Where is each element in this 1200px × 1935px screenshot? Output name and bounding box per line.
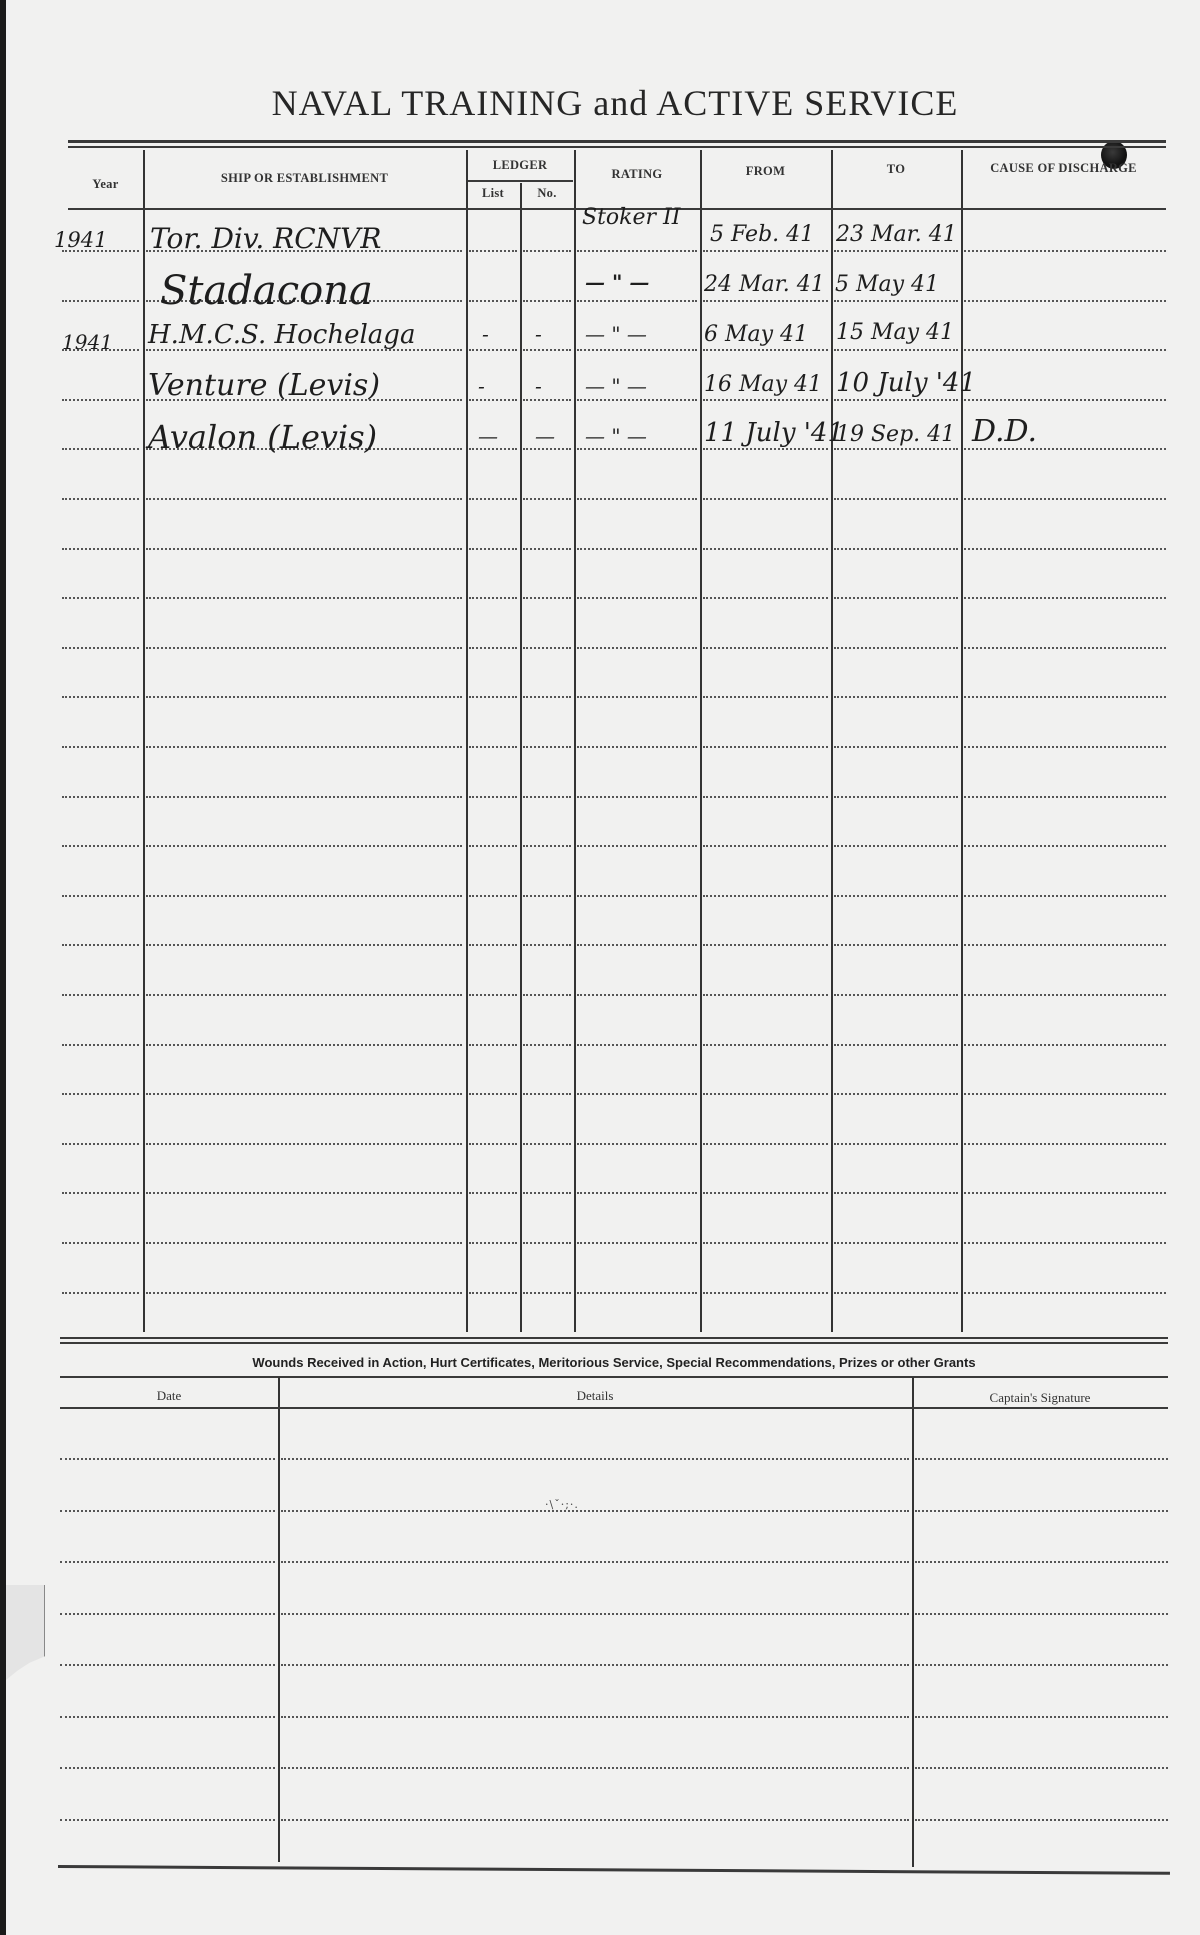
dotted-rule bbox=[915, 1767, 1168, 1769]
ledger-sub-rule bbox=[468, 180, 573, 182]
dotted-rule bbox=[62, 300, 139, 302]
dotted-rule bbox=[523, 448, 571, 450]
page-title: NAVAL TRAINING and ACTIVE SERVICE bbox=[0, 82, 1200, 124]
dotted-rule bbox=[281, 1664, 909, 1666]
dotted-rule bbox=[703, 994, 828, 996]
dotted-rule bbox=[577, 1192, 697, 1194]
cell-from: 6 May 41 bbox=[704, 322, 808, 347]
dotted-rule bbox=[146, 1242, 462, 1244]
dotted-rule bbox=[523, 944, 571, 946]
dotted-rule bbox=[703, 895, 828, 897]
cell-to: 10 July '41 bbox=[836, 368, 976, 398]
dotted-rule bbox=[523, 1242, 571, 1244]
dotted-rule bbox=[469, 1143, 517, 1145]
dotted-rule bbox=[834, 1143, 958, 1145]
cell-year: 1941 bbox=[54, 228, 107, 252]
dotted-rule bbox=[834, 895, 958, 897]
dotted-rule bbox=[915, 1510, 1168, 1512]
dotted-rule bbox=[469, 399, 517, 401]
header-from: FROM bbox=[700, 164, 831, 179]
dotted-rule bbox=[577, 1143, 697, 1145]
dotted-rule bbox=[523, 548, 571, 550]
dotted-rule bbox=[577, 498, 697, 500]
header-details: Details bbox=[278, 1388, 912, 1404]
cell-to: 23 Mar. 41 bbox=[836, 222, 957, 247]
dotted-rule bbox=[523, 746, 571, 748]
dotted-rule bbox=[62, 597, 139, 599]
dotted-rule bbox=[915, 1819, 1168, 1821]
cell-list: - bbox=[478, 374, 485, 398]
awards-header-rule bbox=[60, 1407, 1168, 1409]
dotted-rule bbox=[964, 845, 1166, 847]
dotted-rule bbox=[703, 1093, 828, 1095]
cell-to: 5 May 41 bbox=[835, 272, 939, 297]
dotted-rule bbox=[703, 1192, 828, 1194]
col-divider-ship bbox=[466, 150, 468, 1332]
table-bottom-rule-b bbox=[60, 1342, 1168, 1344]
dotted-rule bbox=[834, 845, 958, 847]
cell-ship: Tor. Div. RCNVR bbox=[150, 222, 381, 255]
dotted-rule bbox=[834, 1044, 958, 1046]
header-to: TO bbox=[831, 162, 961, 177]
dotted-rule bbox=[834, 1093, 958, 1095]
dotted-rule bbox=[146, 895, 462, 897]
cell-to: 19 Sep. 41 bbox=[836, 422, 955, 447]
dotted-rule bbox=[577, 1093, 697, 1095]
cell-ship: Avalon (Levis) bbox=[148, 418, 377, 456]
cell-ship: Venture (Levis) bbox=[148, 368, 380, 403]
dotted-rule bbox=[964, 746, 1166, 748]
dotted-rule bbox=[62, 895, 139, 897]
dotted-rule bbox=[146, 1292, 462, 1294]
dotted-rule bbox=[834, 399, 958, 401]
dotted-rule bbox=[62, 944, 139, 946]
dotted-rule bbox=[62, 1143, 139, 1145]
dotted-rule bbox=[964, 895, 1166, 897]
dotted-rule bbox=[577, 399, 697, 401]
dotted-rule bbox=[577, 597, 697, 599]
dotted-rule bbox=[523, 399, 571, 401]
header-year: Year bbox=[68, 177, 143, 192]
dotted-rule bbox=[834, 746, 958, 748]
cell-no: - bbox=[535, 374, 542, 398]
awards-col-divider-details bbox=[912, 1377, 914, 1867]
cell-rating: Stoker II bbox=[582, 205, 680, 230]
dotted-rule bbox=[523, 597, 571, 599]
dotted-rule bbox=[469, 1242, 517, 1244]
page-bottom-rule bbox=[58, 1865, 1170, 1874]
dotted-rule bbox=[834, 994, 958, 996]
dotted-rule bbox=[146, 1192, 462, 1194]
dotted-rule bbox=[523, 1292, 571, 1294]
dotted-rule bbox=[915, 1664, 1168, 1666]
dotted-rule bbox=[469, 300, 517, 302]
page-left-edge bbox=[0, 0, 6, 1935]
dotted-rule bbox=[281, 1561, 909, 1563]
cell-no: - bbox=[535, 322, 542, 346]
dotted-rule bbox=[577, 895, 697, 897]
dotted-rule bbox=[523, 895, 571, 897]
header-date: Date bbox=[60, 1388, 278, 1404]
dotted-rule bbox=[834, 597, 958, 599]
dotted-rule bbox=[834, 300, 958, 302]
cell-to: 15 May 41 bbox=[836, 320, 954, 345]
dotted-rule bbox=[964, 647, 1166, 649]
dotted-rule bbox=[523, 498, 571, 500]
dotted-rule bbox=[523, 796, 571, 798]
header-ledger-list: List bbox=[466, 186, 520, 201]
cell-rating: — " — bbox=[585, 270, 649, 294]
dotted-rule bbox=[834, 349, 958, 351]
cell-rating: — " — bbox=[585, 374, 647, 398]
col-divider-list bbox=[520, 183, 522, 1332]
dotted-rule bbox=[281, 1613, 909, 1615]
dotted-rule bbox=[469, 845, 517, 847]
awards-section-title: Wounds Received in Action, Hurt Certific… bbox=[60, 1355, 1168, 1370]
dotted-rule bbox=[964, 399, 1166, 401]
dotted-rule bbox=[964, 1044, 1166, 1046]
dotted-rule bbox=[62, 1242, 139, 1244]
dotted-rule bbox=[834, 796, 958, 798]
col-divider-from bbox=[831, 150, 833, 1332]
dotted-rule bbox=[834, 250, 958, 252]
dotted-rule bbox=[146, 597, 462, 599]
dotted-rule bbox=[146, 746, 462, 748]
dotted-rule bbox=[964, 1093, 1166, 1095]
dotted-rule bbox=[469, 1192, 517, 1194]
cell-ship: Stadacona bbox=[160, 268, 373, 314]
dotted-rule bbox=[703, 399, 828, 401]
dotted-rule bbox=[469, 597, 517, 599]
dotted-rule bbox=[703, 1044, 828, 1046]
dotted-rule bbox=[964, 1292, 1166, 1294]
cell-from: 24 Mar. 41 bbox=[704, 272, 825, 297]
dotted-rule bbox=[834, 1192, 958, 1194]
header-rating: RATING bbox=[574, 167, 700, 182]
dotted-rule bbox=[281, 1716, 909, 1718]
dotted-rule bbox=[523, 696, 571, 698]
dotted-rule bbox=[62, 845, 139, 847]
dotted-rule bbox=[62, 696, 139, 698]
dotted-rule bbox=[703, 647, 828, 649]
dotted-rule bbox=[281, 1510, 909, 1512]
dotted-rule bbox=[469, 746, 517, 748]
dotted-rule bbox=[964, 944, 1166, 946]
dotted-rule bbox=[469, 647, 517, 649]
dotted-rule bbox=[834, 498, 958, 500]
dotted-rule bbox=[577, 647, 697, 649]
dotted-rule bbox=[469, 1044, 517, 1046]
dotted-rule bbox=[469, 944, 517, 946]
dotted-rule bbox=[964, 597, 1166, 599]
dotted-rule bbox=[62, 796, 139, 798]
dotted-rule bbox=[62, 548, 139, 550]
dotted-rule bbox=[577, 1044, 697, 1046]
dotted-rule bbox=[60, 1458, 275, 1460]
dotted-rule bbox=[281, 1458, 909, 1460]
dotted-rule bbox=[469, 895, 517, 897]
cell-rating: — " — bbox=[585, 322, 647, 346]
dotted-rule bbox=[146, 1093, 462, 1095]
cell-list: — bbox=[478, 424, 498, 448]
dotted-rule bbox=[469, 1292, 517, 1294]
dotted-rule bbox=[469, 498, 517, 500]
dotted-rule bbox=[523, 349, 571, 351]
dotted-rule bbox=[523, 300, 571, 302]
dotted-rule bbox=[469, 696, 517, 698]
dotted-rule bbox=[62, 994, 139, 996]
dotted-rule bbox=[523, 1093, 571, 1095]
dotted-rule bbox=[703, 845, 828, 847]
dotted-rule bbox=[834, 1242, 958, 1244]
dotted-rule bbox=[60, 1510, 275, 1512]
dotted-rule bbox=[703, 250, 828, 252]
header-cause: CAUSE OF DISCHARGE bbox=[961, 161, 1166, 176]
dotted-rule bbox=[964, 994, 1166, 996]
dotted-rule bbox=[62, 1044, 139, 1046]
dotted-rule bbox=[577, 349, 697, 351]
dotted-rule bbox=[703, 796, 828, 798]
dotted-rule bbox=[577, 548, 697, 550]
dotted-rule bbox=[60, 1664, 275, 1666]
dotted-rule bbox=[964, 1192, 1166, 1194]
ink-smudge: ·\ˇ·;·. bbox=[545, 1498, 579, 1511]
dotted-rule bbox=[703, 349, 828, 351]
dotted-rule bbox=[915, 1716, 1168, 1718]
dotted-rule bbox=[62, 1093, 139, 1095]
dotted-rule bbox=[834, 696, 958, 698]
dotted-rule bbox=[915, 1561, 1168, 1563]
dotted-rule bbox=[62, 746, 139, 748]
dotted-rule bbox=[146, 944, 462, 946]
dotted-rule bbox=[577, 845, 697, 847]
dotted-rule bbox=[469, 796, 517, 798]
dotted-rule bbox=[146, 548, 462, 550]
dotted-rule bbox=[964, 548, 1166, 550]
dotted-rule bbox=[577, 300, 697, 302]
cell-from: 5 Feb. 41 bbox=[710, 222, 814, 247]
header-captains-signature: Captain's Signature bbox=[912, 1390, 1168, 1406]
dotted-rule bbox=[703, 300, 828, 302]
dotted-rule bbox=[964, 250, 1166, 252]
table-bottom-rule-a bbox=[60, 1337, 1168, 1339]
dotted-rule bbox=[146, 498, 462, 500]
cell-no: — bbox=[535, 424, 555, 448]
dotted-rule bbox=[703, 1242, 828, 1244]
cell-rating: — " — bbox=[585, 424, 647, 448]
dotted-rule bbox=[703, 746, 828, 748]
dotted-rule bbox=[146, 994, 462, 996]
dotted-rule bbox=[469, 448, 517, 450]
col-divider-no bbox=[574, 150, 576, 1332]
dotted-rule bbox=[703, 498, 828, 500]
cell-cause: D.D. bbox=[972, 414, 1037, 449]
cell-year: 1941 bbox=[62, 330, 113, 354]
dotted-rule bbox=[523, 1143, 571, 1145]
dotted-rule bbox=[469, 548, 517, 550]
dotted-rule bbox=[281, 1819, 909, 1821]
cell-ship: H.M.C.S. Hochelaga bbox=[148, 320, 415, 350]
dotted-rule bbox=[834, 548, 958, 550]
dotted-rule bbox=[703, 696, 828, 698]
dotted-rule bbox=[577, 796, 697, 798]
dotted-rule bbox=[964, 796, 1166, 798]
dotted-rule bbox=[577, 994, 697, 996]
dotted-rule bbox=[577, 746, 697, 748]
dotted-rule bbox=[834, 1292, 958, 1294]
awards-col-divider-date bbox=[278, 1377, 280, 1862]
dotted-rule bbox=[703, 1143, 828, 1145]
dotted-rule bbox=[577, 1242, 697, 1244]
dotted-rule bbox=[964, 498, 1166, 500]
col-divider-year bbox=[143, 150, 145, 1332]
dotted-rule bbox=[577, 448, 697, 450]
dotted-rule bbox=[915, 1613, 1168, 1615]
dotted-rule bbox=[964, 300, 1166, 302]
dotted-rule bbox=[703, 944, 828, 946]
dotted-rule bbox=[523, 647, 571, 649]
dotted-rule bbox=[577, 944, 697, 946]
dotted-rule bbox=[523, 845, 571, 847]
dotted-rule bbox=[834, 647, 958, 649]
dotted-rule bbox=[62, 647, 139, 649]
dotted-rule bbox=[523, 1044, 571, 1046]
dotted-rule bbox=[146, 796, 462, 798]
dotted-rule bbox=[146, 647, 462, 649]
dotted-rule bbox=[62, 498, 139, 500]
dotted-rule bbox=[703, 548, 828, 550]
header-ledger-no: No. bbox=[520, 186, 574, 201]
dotted-rule bbox=[146, 1044, 462, 1046]
dotted-rule bbox=[834, 944, 958, 946]
dotted-rule bbox=[964, 1143, 1166, 1145]
cell-list: - bbox=[482, 322, 489, 346]
dotted-rule bbox=[62, 1292, 139, 1294]
dotted-rule bbox=[469, 250, 517, 252]
dotted-rule bbox=[915, 1458, 1168, 1460]
dotted-rule bbox=[577, 250, 697, 252]
torn-corner bbox=[6, 1585, 45, 1680]
dotted-rule bbox=[60, 1716, 275, 1718]
dotted-rule bbox=[577, 696, 697, 698]
dotted-rule bbox=[146, 1143, 462, 1145]
dotted-rule bbox=[146, 845, 462, 847]
top-double-rule-b bbox=[68, 146, 1166, 148]
cell-from: 11 July '41 bbox=[704, 418, 844, 448]
dotted-rule bbox=[703, 448, 828, 450]
col-divider-rating bbox=[700, 150, 702, 1332]
dotted-rule bbox=[469, 994, 517, 996]
dotted-rule bbox=[469, 349, 517, 351]
dotted-rule bbox=[834, 448, 958, 450]
dotted-rule bbox=[60, 1561, 275, 1563]
awards-title-rule bbox=[60, 1376, 1168, 1378]
cell-from: 16 May 41 bbox=[704, 372, 822, 397]
dotted-rule bbox=[703, 1292, 828, 1294]
dotted-rule bbox=[964, 696, 1166, 698]
header-ledger: LEDGER bbox=[466, 158, 574, 173]
dotted-rule bbox=[523, 994, 571, 996]
dotted-rule bbox=[577, 1292, 697, 1294]
dotted-rule bbox=[146, 696, 462, 698]
dotted-rule bbox=[62, 399, 139, 401]
dotted-rule bbox=[523, 1192, 571, 1194]
dotted-rule bbox=[60, 1767, 275, 1769]
dotted-rule bbox=[60, 1819, 275, 1821]
header-ship: SHIP OR ESTABLISHMENT bbox=[143, 171, 466, 186]
dotted-rule bbox=[703, 597, 828, 599]
dotted-rule bbox=[469, 1093, 517, 1095]
dotted-rule bbox=[62, 1192, 139, 1194]
col-divider-to bbox=[961, 150, 963, 1332]
dotted-rule bbox=[281, 1767, 909, 1769]
dotted-rule bbox=[62, 448, 139, 450]
dotted-rule bbox=[523, 250, 571, 252]
top-double-rule-a bbox=[68, 140, 1166, 143]
dotted-rule bbox=[964, 1242, 1166, 1244]
dotted-rule bbox=[964, 349, 1166, 351]
dotted-rule bbox=[60, 1613, 275, 1615]
